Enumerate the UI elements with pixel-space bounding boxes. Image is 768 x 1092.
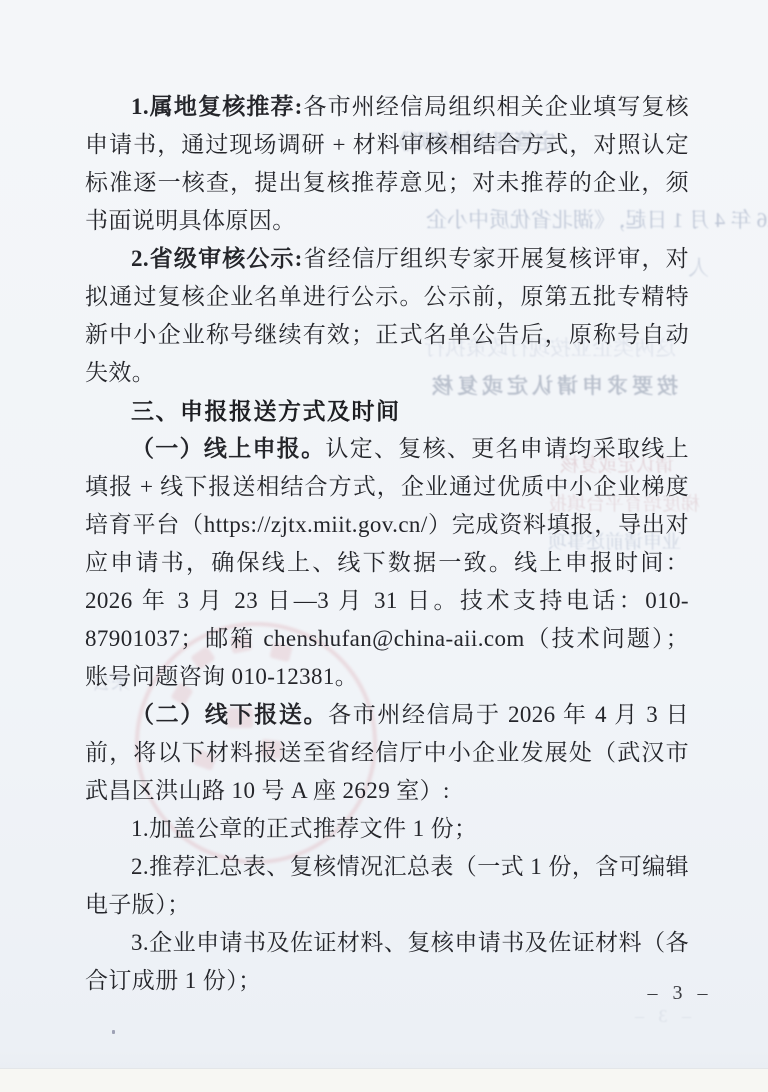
list-item-2: 2.推荐汇总表、复核情况汇总表（一式 1 份，含可编辑电子版）； [85, 848, 689, 924]
paragraph-provincial-review: 2.省级审核公示:省经信厅组织专家开展复核评审，对拟通过复核企业名单进行公示。公… [85, 240, 689, 392]
list-item-1: 1.加盖公章的正式推荐文件 1 份； [85, 810, 689, 848]
document-page: 定管理实施细则》 自 2026 年 4 月 1 日起，《湖北省优质中小企 人 这… [0, 0, 768, 1092]
paragraph-lead: （二）线下报送。 [131, 702, 328, 727]
scan-edge [0, 1068, 768, 1092]
paragraph-text: 认定、复核、更名申请均采取线上填报 + 线下报送相结合方式，企业通过优质中小企业… [85, 436, 689, 689]
page-number: – 3 – [620, 982, 740, 1005]
scan-speck [112, 1030, 115, 1034]
bleedthrough-page-number: – 3 – [630, 1006, 691, 1027]
paragraph-review-recommendation: 1.属地复核推荐:各市州经信局组织相关企业填写复核申请书，通过现场调研 + 材料… [85, 88, 689, 240]
document-body: 1.属地复核推荐:各市州经信局组织相关企业填写复核申请书，通过现场调研 + 材料… [85, 88, 689, 1000]
section-heading: 三、申报报送方式及时间 [85, 392, 689, 430]
list-item-3: 3.企业申请书及佐证材料、复核申请书及佐证材料（各合订成册 1 份）； [85, 924, 689, 1000]
bleedthrough-text: 人 [688, 252, 709, 282]
paragraph-lead: 1.属地复核推荐: [131, 94, 303, 119]
paragraph-offline-submission: （二）线下报送。各市州经信局于 2026 年 4 月 3 日前，将以下材料报送至… [85, 696, 689, 810]
paragraph-online-application: （一）线上申报。认定、复核、更名申请均采取线上填报 + 线下报送相结合方式，企业… [85, 430, 689, 696]
paragraph-lead: 2.省级审核公示: [131, 246, 303, 271]
paragraph-lead: （一）线上申报。 [131, 436, 325, 461]
